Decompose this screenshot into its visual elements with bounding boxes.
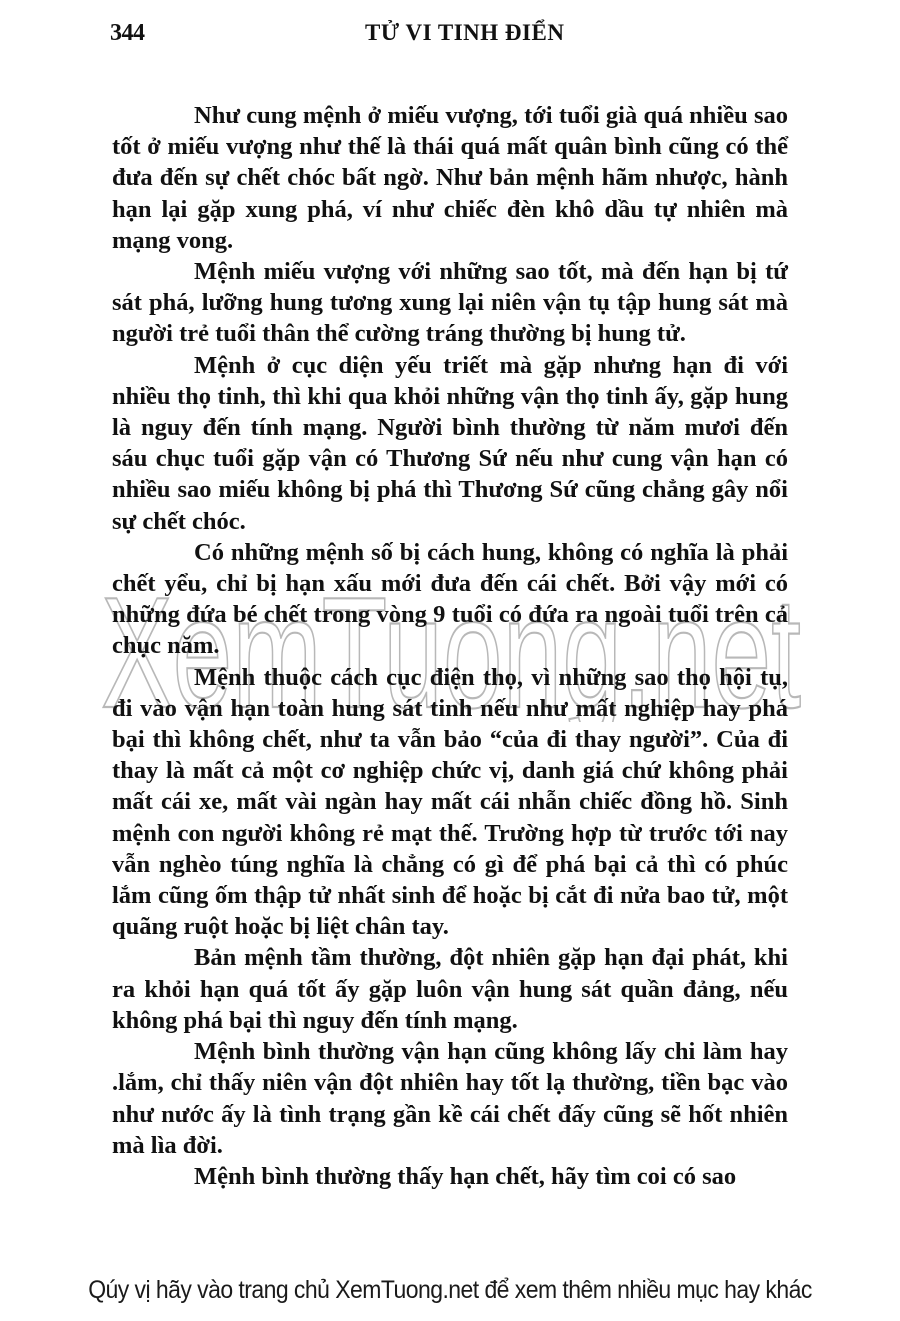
page-header: 344 TỬ VI TINH ĐIỂN (110, 20, 810, 52)
paragraph: Mệnh thuộc cách cục điện thọ, vì những s… (112, 662, 788, 943)
footer-notice: Qúy vị hãy vào trang chủ XemTuong.net để… (36, 1276, 864, 1305)
page-number: 344 (110, 20, 145, 47)
site-link[interactable]: XemTuong.net (335, 1276, 478, 1304)
paragraph: Bản mệnh tầm thường, đột nhiên gặp hạn đ… (112, 942, 788, 1036)
paragraph: Như cung mệnh ở miếu vượng, tới tuổi già… (112, 100, 788, 256)
body-text: Như cung mệnh ở miếu vượng, tới tuổi già… (112, 100, 788, 1192)
running-title: TỬ VI TINH ĐIỂN (365, 20, 564, 46)
footer-prefix: Qúy vị hãy vào trang chủ (88, 1276, 335, 1304)
book-page: 344 TỬ VI TINH ĐIỂN XemTuong.net Như cun… (0, 0, 900, 1321)
paragraph: Mệnh miếu vượng với những sao tốt, mà đế… (112, 256, 788, 350)
paragraph: Mệnh bình thường thấy hạn chết, hãy tìm … (112, 1161, 788, 1192)
paragraph: Mệnh ở cục diện yếu triết mà gặp nhưng h… (112, 350, 788, 537)
paragraph: Có những mệnh số bị cách hung, không có … (112, 537, 788, 662)
footer-suffix: để xem thêm nhiều mục hay khác (479, 1276, 812, 1304)
paragraph: Mệnh bình thường vận hạn cũng không lấy … (112, 1036, 788, 1161)
